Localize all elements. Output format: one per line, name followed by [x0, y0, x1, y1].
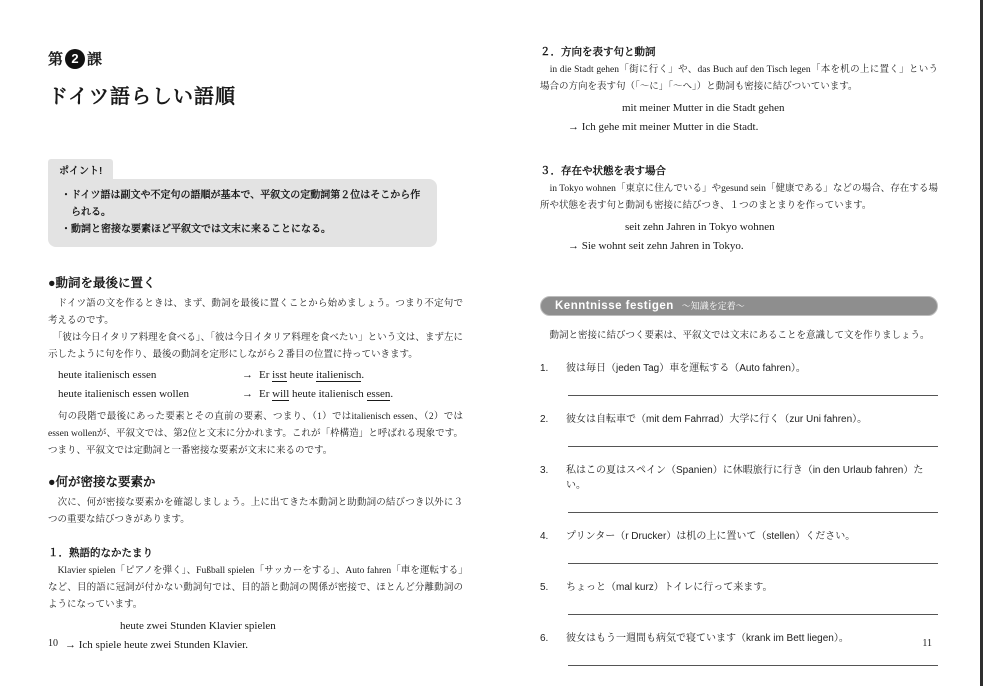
lesson-number-badge: 2	[65, 49, 85, 69]
subsection-heading-state: ３．存在や状態を表す場合	[540, 163, 938, 178]
sentence-part: .	[390, 388, 393, 400]
underlined-word: italienisch	[316, 369, 361, 382]
lesson-label: 第 2 課	[48, 48, 463, 69]
page-number: 11	[922, 638, 932, 649]
exercise-number: 3.	[540, 463, 566, 493]
section-heading-close-elements: ●何が密接な要素か	[48, 472, 463, 490]
answer-line	[568, 395, 938, 396]
paragraph: in die Stadt gehen「街に行く」や、das Buch auf d…	[540, 62, 938, 96]
sentence-part: .	[361, 369, 364, 381]
kenntnisse-banner: Kenntnisse festigen ～知識を定着～	[540, 296, 938, 316]
paragraph: 「彼は今日イタリア料理を食べる」、「彼は今日イタリア料理を食べたい」という文は、…	[48, 330, 463, 364]
paragraph: in Tokyo wohnen「東京に住んでいる」やgesund sein「健康…	[540, 181, 938, 215]
finite-sentence: → Ich gehe mit meiner Mutter in die Stad…	[568, 118, 938, 137]
exercise-item: 2. 彼女は自転車で（mit dem Fahrrad）大学に行く（zur Uni…	[540, 412, 938, 427]
exercise-text: ちょっと（mal kurz）トイレに行って来ます。	[566, 580, 938, 595]
exercise-item: 3. 私はこの夏はスペイン（Spanien）に休暇旅行に行き（in den Ur…	[540, 463, 938, 493]
paragraph: 次に、何が密接な要素かを確認しましょう。上に出てきた本動詞と助動詞の結びつき以外…	[48, 495, 463, 529]
sentence-part: heute	[287, 369, 316, 381]
exercise-number: 4.	[540, 529, 566, 544]
point-tab-label: ポイント!	[48, 159, 113, 179]
answer-line	[568, 446, 938, 447]
subsection-heading-idiom: １．熟語的なかたまり	[48, 545, 463, 560]
infinitive-phrase: heute italienisch essen	[58, 366, 242, 385]
exercise-item: 6. 彼女はもう一週間も病気で寝ています（krank im Bett liege…	[540, 631, 938, 646]
exercise-number: 2.	[540, 412, 566, 427]
underlined-word: essen	[367, 388, 391, 401]
exercise-intro: 動詞と密接に結びつく要素は、平叙文では文末にあることを意識して文を作りましょう。	[540, 328, 938, 345]
infinitive-phrase: heute italienisch essen wollen	[58, 385, 242, 404]
paragraph: Klavier spielen「ピアノを弾く」、Fußball spielen「…	[48, 563, 463, 614]
lesson-suffix: 課	[87, 48, 102, 69]
answer-line	[568, 512, 938, 513]
paragraph: 句の段階で最後にあった要素とその直前の要素、つまり、（1）ではitalienis…	[48, 409, 463, 460]
left-page: 第 2 課 ドイツ語らしい語順 ポイント! ・ドイツ語は副文や不定句の語順が基本…	[48, 0, 463, 686]
point-box: ・ドイツ語は副文や不定句の語順が基本で、平叙文の定動詞第２位はそこから作られる。…	[48, 179, 437, 247]
right-page: ２．方向を表す句と動詞 in die Stadt gehen「街に行く」や、da…	[540, 0, 938, 686]
sentence-part: Er	[259, 388, 272, 400]
finite-sentence: → Sie wohnt seit zehn Jahren in Tokyo.	[568, 237, 938, 256]
section-heading-verb-last: ●動詞を最後に置く	[48, 273, 463, 291]
banner-subtitle: ～知識を定着～	[682, 299, 745, 312]
banner-title: Kenntnisse festigen	[555, 300, 674, 312]
exercise-text: 彼女は自転車で（mit dem Fahrrad）大学に行く（zur Uni fa…	[566, 412, 938, 427]
exercise-number: 5.	[540, 580, 566, 595]
exercise-number: 1.	[540, 361, 566, 376]
answer-line	[568, 665, 938, 666]
arrow-right-icon: →	[242, 366, 253, 385]
paragraph: ドイツ語の文を作るときは、まず、動詞を最後に置くことから始めましょう。つまり不定…	[48, 296, 463, 330]
finite-sentence: Er isst heute italienisch.	[259, 366, 364, 385]
subsection-heading-direction: ２．方向を表す句と動詞	[540, 44, 938, 59]
german-example-row: heute italienisch essen wollen → Er will…	[58, 385, 463, 404]
finite-sentence: → Ich spiele heute zwei Stunden Klavier.	[65, 636, 463, 655]
exercise-item: 5. ちょっと（mal kurz）トイレに行って来ます。	[540, 580, 938, 595]
finite-sentence: Er will heute italienisch essen.	[259, 385, 393, 404]
exercise-item: 4. プリンター（r Drucker）は机の上に置いて（stellen）ください…	[540, 529, 938, 544]
exercise-text: プリンター（r Drucker）は机の上に置いて（stellen）ください。	[566, 529, 938, 544]
exercise-item: 1. 彼は毎日（jeden Tag）車を運転する（Auto fahren）。	[540, 361, 938, 376]
exercise-text: 彼は毎日（jeden Tag）車を運転する（Auto fahren）。	[566, 361, 938, 376]
underlined-word: will	[272, 388, 289, 401]
point-item: ・動詞と密接な要素ほど平叙文では文末に来ることになる。	[61, 221, 424, 238]
lesson-prefix: 第	[48, 48, 63, 69]
exercise-text: 私はこの夏はスペイン（Spanien）に休暇旅行に行き（in den Urlau…	[566, 463, 938, 493]
answer-line	[568, 563, 938, 564]
german-example-row: heute italienisch essen → Er isst heute …	[58, 366, 463, 385]
page-title: ドイツ語らしい語順	[48, 80, 463, 109]
german-example-block: heute italienisch essen → Er isst heute …	[48, 366, 463, 404]
infinitive-phrase: mit meiner Mutter in die Stadt gehen	[622, 99, 938, 118]
infinitive-phrase: seit zehn Jahren in Tokyo wohnen	[625, 218, 938, 237]
arrow-right-icon: →	[242, 385, 253, 404]
point-item: ・ドイツ語は副文や不定句の語順が基本で、平叙文の定動詞第２位はそこから作られる。	[61, 187, 424, 221]
sentence-part: heute italienisch	[289, 388, 366, 400]
underlined-word: isst	[272, 369, 287, 382]
infinitive-phrase: heute zwei Stunden Klavier spielen	[120, 617, 463, 636]
answer-line	[568, 614, 938, 615]
exercise-text: 彼女はもう一週間も病気で寝ています（krank im Bett liegen）。	[566, 631, 938, 646]
sentence-part: Er	[259, 369, 272, 381]
exercise-number: 6.	[540, 631, 566, 646]
page-number: 10	[48, 638, 58, 649]
